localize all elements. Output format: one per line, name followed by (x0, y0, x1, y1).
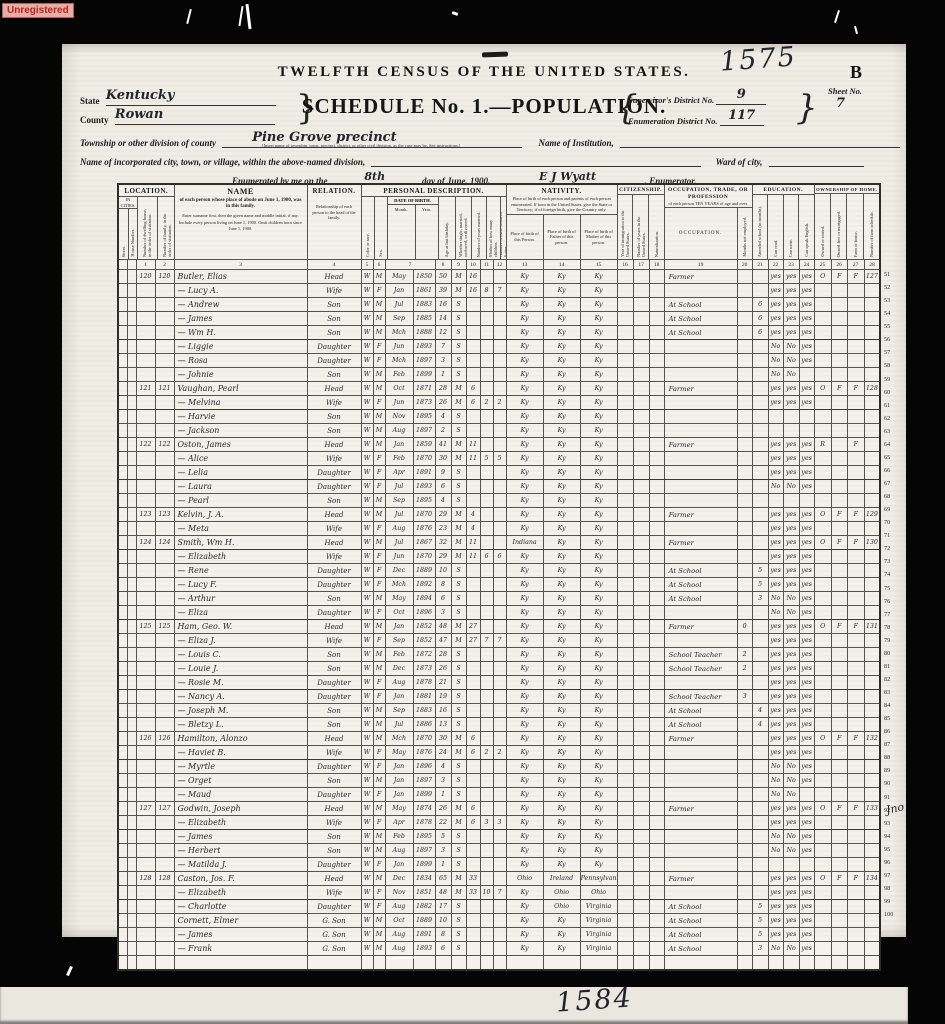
cell-family-number: 120 (155, 270, 174, 284)
cell-owned-rented (814, 760, 831, 774)
cell-can-write: yes (783, 284, 799, 298)
line-number: 69 (884, 503, 904, 516)
cell-birth-month: Mch (385, 578, 413, 592)
cell-name: — Alice (174, 452, 307, 466)
cell-attended-school (752, 634, 768, 648)
cell-speaks-english: yes (799, 928, 814, 942)
cell-occupation (664, 746, 737, 760)
cell-owned-rented (814, 718, 831, 732)
table-row: — HerbertSonWMAug18973SKyKyKyNoNoyes (118, 844, 880, 858)
cell-occupation: At School (664, 578, 737, 592)
cell-can-write (783, 494, 799, 508)
cell-color: W (361, 270, 373, 284)
table-row: — LauraDaughterWFJul18936SKyKyKyNoNoyes (118, 480, 880, 494)
cell-marital-status: M (451, 550, 466, 564)
cell-naturalization (649, 802, 664, 816)
cell-street (118, 578, 127, 592)
cell-marital-status: S (451, 844, 466, 858)
cell-speaks-english (799, 788, 814, 802)
cell-years-in-us (633, 340, 649, 354)
cell-owned-rented (814, 662, 831, 676)
cell-sex: F (373, 340, 385, 354)
cell-occupation: At School (664, 900, 737, 914)
cell-birthplace: Ky (506, 382, 543, 396)
cell-attended-school (752, 494, 768, 508)
cell-attended-school: 5 (752, 900, 768, 914)
cell-months-not-employed (737, 942, 752, 956)
cell-house-number (127, 928, 136, 942)
line-number: 97 (884, 869, 904, 882)
cell-color: W (361, 424, 373, 438)
cell-occupation (664, 844, 737, 858)
township-label: Township or other division of county (80, 138, 216, 148)
cell-occupation (664, 522, 737, 536)
cell-owned-rented: O (814, 270, 831, 284)
cell-owned-rented (814, 886, 831, 900)
cell-sex: F (373, 354, 385, 368)
cell-naturalization (649, 606, 664, 620)
cell-birth-year: 1859 (413, 438, 435, 452)
cell-birth-year: 1870 (413, 452, 435, 466)
cell-years-in-us (633, 312, 649, 326)
cell-father-birthplace: Ky (543, 816, 580, 830)
cell-speaks-english: yes (799, 620, 814, 634)
cell-immigration-year (617, 634, 633, 648)
cell-children-living: 7 (493, 284, 506, 298)
cell-street (118, 690, 127, 704)
cell-name: — Louie J. (174, 662, 307, 676)
line-number: 93 (884, 817, 904, 830)
cell-owned-rented (814, 592, 831, 606)
cell-mother-birthplace: Ky (580, 606, 617, 620)
cell-street (118, 648, 127, 662)
form-number-smudge (482, 52, 508, 58)
relation-title: RELATION. (308, 185, 361, 196)
column-number: 9 (451, 260, 466, 270)
cell-name: Vaughan, Pearl (174, 382, 307, 396)
cell-color: W (361, 788, 373, 802)
cell-marital-status: M (451, 620, 466, 634)
cell-can-read (768, 494, 783, 508)
birthplace-father-label: Place of birth of Father of this person. (544, 229, 580, 246)
cell-can-write: No (783, 830, 799, 844)
cell-owned-rented (814, 326, 831, 340)
cell-father-birthplace: Ky (543, 424, 580, 438)
cell-farm-house: F (847, 270, 864, 284)
cell-immigration-year (617, 438, 633, 452)
cell-occupation: Farmer (664, 270, 737, 284)
cell-can-read: No (768, 788, 783, 802)
cell-name: — Laura (174, 480, 307, 494)
cell-street (118, 494, 127, 508)
cell-occupation (664, 676, 737, 690)
cell-father-birthplace: Ky (543, 662, 580, 676)
cell-name: — Rosa (174, 354, 307, 368)
cell-marital-status: S (451, 662, 466, 676)
cell-family-number (155, 494, 174, 508)
cell-birth-month: Nov (385, 410, 413, 424)
cell-owned-rented: O (814, 802, 831, 816)
cell-naturalization (649, 914, 664, 928)
group-citizenship: CITIZENSHIP. Year of immigration to the … (617, 184, 664, 260)
line-number: 60 (884, 386, 904, 399)
cell-years-married: 4 (466, 522, 480, 536)
cell-attended-school (752, 354, 768, 368)
cell-free-mortgaged: F (831, 508, 847, 522)
cell-attended-school: 6 (752, 298, 768, 312)
cell-mother-of (480, 536, 493, 550)
cell-color: W (361, 802, 373, 816)
unregistered-watermark: Unregistered (2, 3, 74, 18)
cell-birth-month: Sep (385, 312, 413, 326)
cell-street (118, 816, 127, 830)
cell-father-birthplace: Ky (543, 914, 580, 928)
cell-family-number (155, 326, 174, 340)
cell-birth-month: Aug (385, 676, 413, 690)
cell-speaks-english: yes (799, 340, 814, 354)
cell-can-read: yes (768, 550, 783, 564)
cell-can-read: yes (768, 648, 783, 662)
cell-house-number (127, 550, 136, 564)
cell-farm-house (847, 928, 864, 942)
cell-mother-birthplace: Pennsylvania (580, 872, 617, 886)
cell-sex: M (373, 872, 385, 886)
cell-can-read: No (768, 480, 783, 494)
cell-immigration-year (617, 536, 633, 550)
cell-house-number (127, 410, 136, 424)
cell-attended-school: 5 (752, 564, 768, 578)
cell-free-mortgaged (831, 298, 847, 312)
cell-family-number (155, 410, 174, 424)
cell-years-married (466, 704, 480, 718)
cell-age: 26 (435, 396, 451, 410)
cell-sex: M (373, 368, 385, 382)
age-label: Age at last birthday. (444, 220, 449, 259)
cell-immigration-year (617, 956, 633, 971)
cell-can-write: No (783, 844, 799, 858)
cell-birth-month: Feb (385, 830, 413, 844)
column-numbers-row: 1234567891011121314151617181920212223242… (118, 260, 880, 270)
cell-attended-school (752, 382, 768, 396)
line-number: 53 (884, 294, 904, 307)
cell-family-number: 121 (155, 382, 174, 396)
cell-father-birthplace: Ky (543, 494, 580, 508)
cell-naturalization (649, 340, 664, 354)
cell-farm-house (847, 480, 864, 494)
cell-name: — Lucy A. (174, 284, 307, 298)
cell-dwelling-number (136, 718, 155, 732)
table-row: 122122Oston, JamesHeadWMJan185941M11KyKy… (118, 438, 880, 452)
cell-occupation: School Teacher (664, 662, 737, 676)
cell-age: 29 (435, 508, 451, 522)
cell-age: 7 (435, 340, 451, 354)
cell-years-in-us (633, 900, 649, 914)
cell-father-birthplace: Ky (543, 368, 580, 382)
cell-owned-rented (814, 410, 831, 424)
cell-free-mortgaged: F (831, 732, 847, 746)
cell-relation: Head (307, 802, 361, 816)
cell-years-married (466, 466, 480, 480)
cell-can-write: No (783, 774, 799, 788)
ownership-title: OWNERSHIP OF HOME. (815, 185, 880, 193)
table-row: — Matilda J.DaughterWFJan18991SKyKyKy (118, 858, 880, 872)
cell-house-number (127, 340, 136, 354)
cell-attended-school (752, 648, 768, 662)
table-row: — ElizabethWifeWFNov185148M33107KyOhioOh… (118, 886, 880, 900)
cell-birth-month: Feb (385, 368, 413, 382)
cell-street (118, 746, 127, 760)
cell-birth-month: Jan (385, 620, 413, 634)
cell-father-birthplace: Ky (543, 578, 580, 592)
cell-family-number (155, 480, 174, 494)
cell-family-number (155, 452, 174, 466)
sheet-letter: B (850, 62, 862, 83)
cell-color: W (361, 578, 373, 592)
cell-mother-of (480, 298, 493, 312)
cell-family-number (155, 704, 174, 718)
cell-age: 16 (435, 298, 451, 312)
enumerator-name: E J Wyatt (539, 170, 596, 183)
cell-farm-schedule (864, 396, 880, 410)
cell-family-number (155, 340, 174, 354)
cell-years-in-us (633, 788, 649, 802)
cell-years-married: 33 (466, 886, 480, 900)
column-number: 27 (847, 260, 864, 270)
cell-immigration-year (617, 886, 633, 900)
cell-birth-month: Jul (385, 508, 413, 522)
column-number-blank (118, 260, 127, 270)
cell-relation: Son (307, 424, 361, 438)
cell-farm-schedule (864, 648, 880, 662)
cell-relation: Wife (307, 396, 361, 410)
cell-immigration-year (617, 718, 633, 732)
cell-naturalization (649, 746, 664, 760)
cell-sex: M (373, 382, 385, 396)
cell-father-birthplace: Ky (543, 284, 580, 298)
cell-name: Kelvin, J. A. (174, 508, 307, 522)
cell-relation: Head (307, 508, 361, 522)
cell-mother-of: 2 (480, 396, 493, 410)
cell-can-write (783, 956, 799, 971)
cell-speaks-english: yes (799, 522, 814, 536)
cell-dwelling-number (136, 746, 155, 760)
cell-street (118, 508, 127, 522)
cell-children-living (493, 536, 506, 550)
cell-dwelling-number (136, 354, 155, 368)
cell-dwelling-number (136, 410, 155, 424)
cell-birth-month: Aug (385, 900, 413, 914)
cell-years-in-us (633, 662, 649, 676)
cell-years-in-us (633, 802, 649, 816)
cell-speaks-english: yes (799, 298, 814, 312)
cell-birthplace: Ky (506, 452, 543, 466)
cell-owned-rented (814, 550, 831, 564)
cell-months-not-employed (737, 872, 752, 886)
cell-dwelling-number (136, 690, 155, 704)
cell-birth-month: Jan (385, 760, 413, 774)
cell-birth-year: 1889 (413, 914, 435, 928)
cell-dwelling-number (136, 578, 155, 592)
table-row: 125125Ham, Geo. W.HeadWMJan185248M27KyKy… (118, 620, 880, 634)
cell-birthplace: Indiana (506, 536, 543, 550)
cell-farm-house (847, 942, 864, 956)
cell-mother-of (480, 578, 493, 592)
cell-birthplace: Ky (506, 494, 543, 508)
cell-children-living (493, 508, 506, 522)
cell-marital-status: S (451, 760, 466, 774)
cell-farm-house (847, 452, 864, 466)
cell-occupation (664, 760, 737, 774)
cell-sex: F (373, 676, 385, 690)
cell-name: Cornett, Elmer (174, 914, 307, 928)
cell-speaks-english: yes (799, 942, 814, 956)
cell-years-in-us (633, 508, 649, 522)
cell-occupation (664, 452, 737, 466)
cell-mother-of (480, 564, 493, 578)
cell-name: — Louis C. (174, 648, 307, 662)
table-row: — PearlSonWMSep18954SKyKyKy (118, 494, 880, 508)
cell-attended-school (752, 774, 768, 788)
cell-age: 39 (435, 284, 451, 298)
cell-occupation (664, 634, 737, 648)
cell-years-married: 6 (466, 816, 480, 830)
cell-speaks-english (799, 424, 814, 438)
cell-can-read: No (768, 760, 783, 774)
cell-mother-birthplace: Virginia (580, 914, 617, 928)
cell-birth-year: 1873 (413, 396, 435, 410)
line-number: 82 (884, 673, 904, 686)
cell-house-number (127, 326, 136, 340)
cell-years-married (466, 676, 480, 690)
institution-label: Name of Institution, (538, 138, 613, 148)
cell-birthplace: Ky (506, 676, 543, 690)
cell-birth-year: 1892 (413, 578, 435, 592)
table-row: — MelvinaWifeWFJun187326M622KyKyKyyesyes… (118, 396, 880, 410)
cell-age: 32 (435, 536, 451, 550)
cell-mother-of (480, 592, 493, 606)
cell-name: — Andrew (174, 298, 307, 312)
cell-children-living (493, 312, 506, 326)
cell-naturalization (649, 396, 664, 410)
cell-farm-house (847, 858, 864, 872)
cell-mother-birthplace: Ky (580, 578, 617, 592)
line-number: 71 (884, 529, 904, 542)
cell-attended-school: 5 (752, 578, 768, 592)
cell-years-married (466, 956, 480, 971)
cell-relation: G. Son (307, 914, 361, 928)
personal-title: PERSONAL DESCRIPTION. (362, 185, 506, 196)
cell-occupation (664, 816, 737, 830)
cell-sex: M (373, 438, 385, 452)
cell-months-not-employed (737, 438, 752, 452)
cell-farm-schedule (864, 340, 880, 354)
cell-birth-month: Oct (385, 606, 413, 620)
cell-free-mortgaged (831, 592, 847, 606)
table-row: 128128Caston, Jos. F.HeadWMDec183465M33O… (118, 872, 880, 886)
cell-house-number (127, 872, 136, 886)
cell-mother-of (480, 914, 493, 928)
cell-children-living (493, 438, 506, 452)
cell-attended-school: 6 (752, 312, 768, 326)
cell-name: — Lelia (174, 466, 307, 480)
cell-years-in-us (633, 928, 649, 942)
cell-mother-of (480, 648, 493, 662)
cell-can-read: yes (768, 396, 783, 410)
cell-age: 16 (435, 704, 451, 718)
cell-family-number: 128 (155, 872, 174, 886)
cell-street (118, 942, 127, 956)
cell-occupation: Farmer (664, 508, 737, 522)
cell-birthplace: Ky (506, 396, 543, 410)
cell-marital-status: S (451, 788, 466, 802)
cell-age: 10 (435, 914, 451, 928)
cell-dwelling-number (136, 816, 155, 830)
line-number: 78 (884, 621, 904, 634)
cell-birth-year: 1894 (413, 592, 435, 606)
cell-relation: Wife (307, 522, 361, 536)
cell-farm-house (847, 340, 864, 354)
cell-sex: F (373, 886, 385, 900)
cell-farm-house (847, 368, 864, 382)
film-scratch (834, 10, 840, 23)
cell-years-in-us (633, 270, 649, 284)
cell-naturalization (649, 620, 664, 634)
cell-immigration-year (617, 312, 633, 326)
cell-free-mortgaged (831, 410, 847, 424)
cell-house-number (127, 900, 136, 914)
cell-children-living (493, 704, 506, 718)
cell-attended-school (752, 284, 768, 298)
cell-house-number (127, 424, 136, 438)
cell-mother-of (480, 830, 493, 844)
cell-birth-year: 1899 (413, 368, 435, 382)
cell-mother-birthplace: Ky (580, 550, 617, 564)
cell-relation (307, 956, 361, 971)
cell-months-not-employed (737, 634, 752, 648)
cell-family-number (155, 466, 174, 480)
cell-owned-rented (814, 312, 831, 326)
cell-owned-rented (814, 354, 831, 368)
cell-speaks-english: yes (799, 816, 814, 830)
cell-farm-schedule (864, 886, 880, 900)
group-occupation: OCCUPATION, TRADE, OR PROFESSION of each… (664, 184, 752, 260)
cell-father-birthplace: Ky (543, 760, 580, 774)
cell-occupation: Farmer (664, 802, 737, 816)
cell-color: W (361, 732, 373, 746)
cell-occupation (664, 284, 737, 298)
cell-marital-status: S (451, 718, 466, 732)
cell-family-number (155, 928, 174, 942)
birthplace-person-label: Place of birth of this Person. (507, 231, 543, 242)
cell-age: 47 (435, 634, 451, 648)
cell-street (118, 340, 127, 354)
cell-naturalization (649, 284, 664, 298)
cell-family-number (155, 816, 174, 830)
column-number: 19 (664, 260, 737, 270)
cell-farm-house (847, 578, 864, 592)
cell-age (435, 956, 451, 971)
line-number: 61 (884, 399, 904, 412)
cell-relation: Head (307, 382, 361, 396)
cell-years-married (466, 410, 480, 424)
cell-street (118, 634, 127, 648)
cell-family-number (155, 914, 174, 928)
enumeration-label: Enumeration District No. (628, 116, 718, 126)
cell-years-married (466, 788, 480, 802)
cell-can-write: yes (783, 550, 799, 564)
line-number: 96 (884, 856, 904, 869)
cell-marital-status: S (451, 942, 466, 956)
